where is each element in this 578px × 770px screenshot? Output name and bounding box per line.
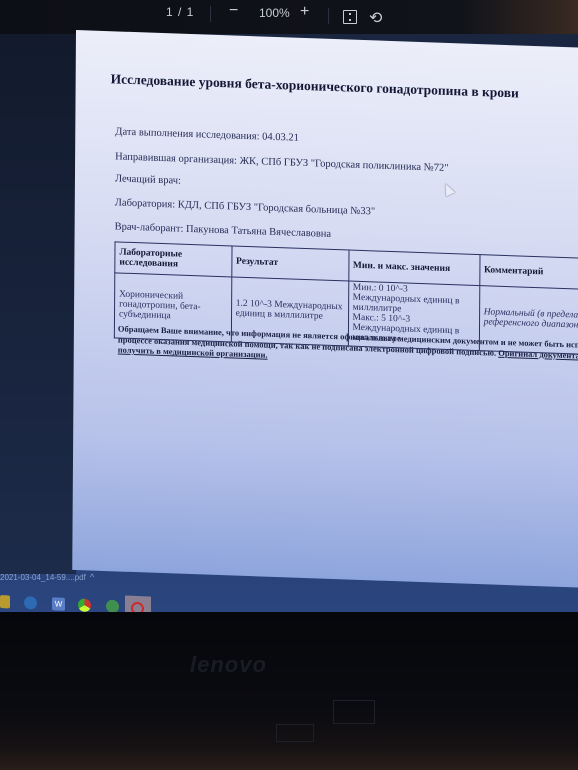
edge-icon[interactable]	[24, 596, 37, 610]
header-range: Мин. и макс. значения	[348, 250, 479, 286]
brand-logo: lenovo	[190, 652, 267, 678]
divider	[328, 8, 329, 24]
chrome-icon[interactable]	[78, 598, 91, 612]
monitor-bezel	[0, 612, 578, 770]
document-title: Исследование уровня бета-хорионического …	[111, 71, 519, 101]
fit-page-icon[interactable]	[343, 10, 357, 24]
header-test: Лабораторные исследования	[115, 242, 232, 277]
pdf-toolbar: 1 / 1 − 100% + ⟲	[0, 0, 578, 34]
page-indicator[interactable]: 1 / 1	[166, 5, 194, 19]
meta-doctor: Лечащий врач:	[115, 173, 181, 186]
pdf-page: Исследование уровня бета-хорионического …	[72, 30, 578, 589]
windows-sticker	[276, 724, 314, 742]
header-result: Результат	[231, 246, 348, 281]
word-icon[interactable]: W	[52, 597, 65, 611]
file-explorer-icon[interactable]	[0, 595, 10, 608]
meta-referring-org: Направившая организация: ЖК, СПб ГБУЗ "Г…	[115, 151, 448, 174]
divider	[210, 6, 211, 22]
meta-lab-doctor: Врач-лаборант: Пакунова Татьяна Вячеслав…	[115, 221, 332, 240]
chevron-up-icon[interactable]: ^	[90, 572, 94, 582]
download-item[interactable]: 2021-03-04_14-59....pdf ^	[0, 573, 86, 582]
zoom-in-button[interactable]: +	[300, 3, 309, 21]
rotate-icon[interactable]: ⟲	[369, 8, 382, 28]
zoom-out-button[interactable]: −	[229, 2, 238, 20]
meta-laboratory: Лаборатория: КДЛ, СПб ГБУЗ "Городская бо…	[115, 197, 375, 217]
meta-date: Дата выполнения исследования: 04.03.21	[115, 126, 299, 143]
left-panel	[0, 34, 76, 574]
download-filename[interactable]: 2021-03-04_14-59....pdf	[0, 573, 86, 582]
zoom-level[interactable]: 100%	[259, 6, 290, 20]
intel-sticker	[333, 700, 375, 724]
